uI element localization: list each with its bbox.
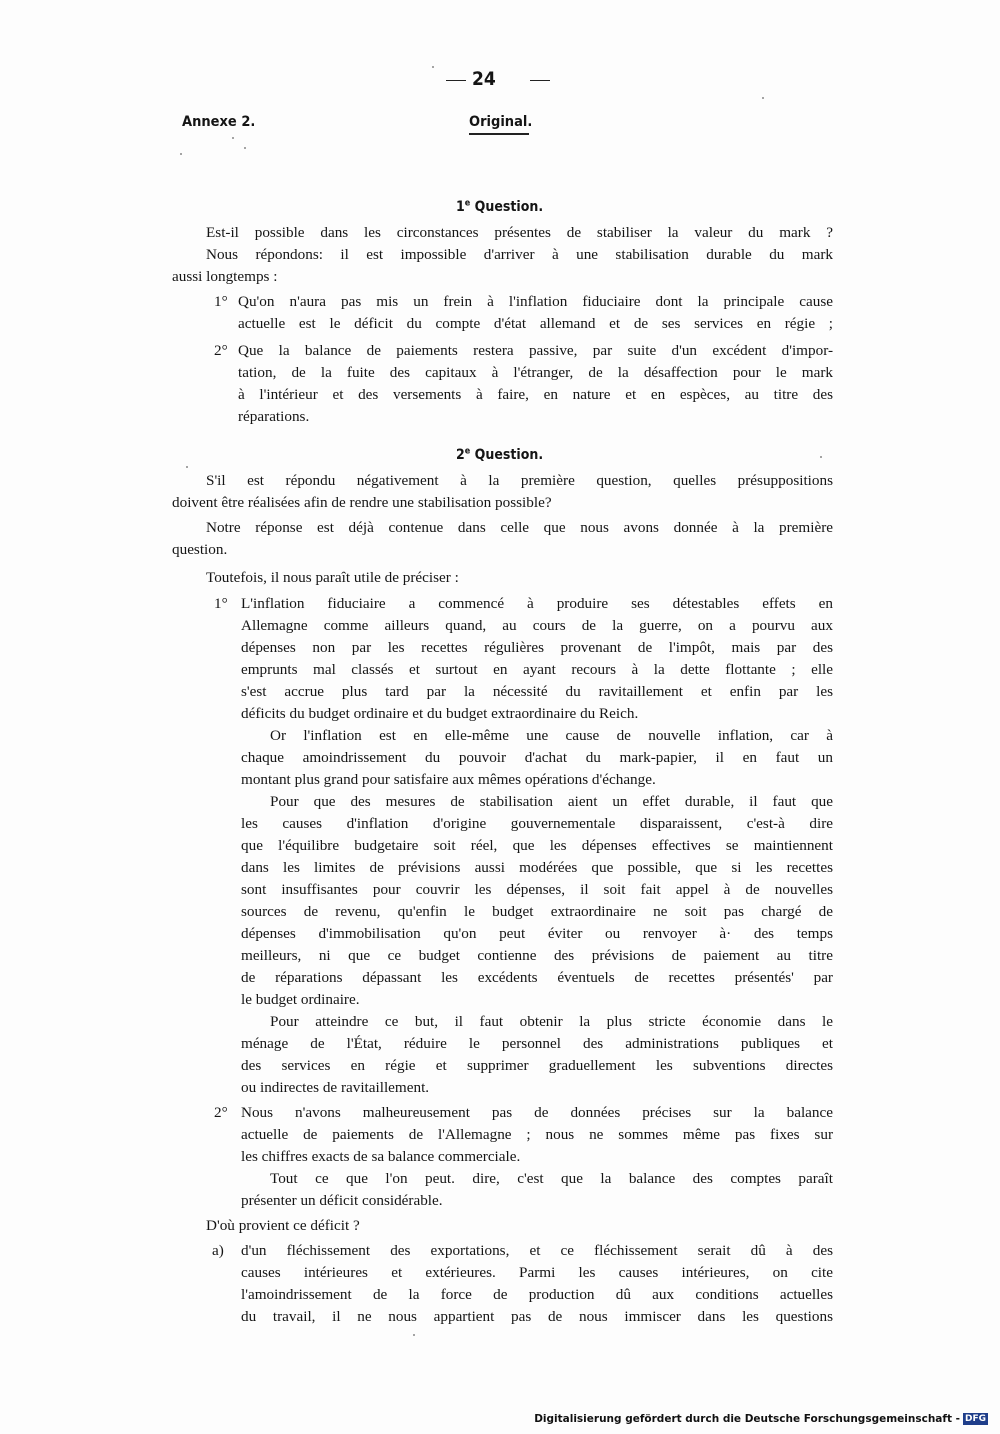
list-item-line: du travail, il ne nous appartient pas de…: [241, 1306, 833, 1328]
list-item-line: Or l'inflation est en elle-même une caus…: [270, 725, 833, 747]
list-item-line: à l'intérieur et des versements à faire,…: [238, 384, 833, 406]
scanned-page: 24 Annexe 2. Original. 1e Question. Est-…: [0, 0, 1000, 1434]
scan-speck: [232, 137, 234, 139]
list-item-line: chaque amoindrissement du pouvoir d'acha…: [241, 747, 833, 769]
list-item-line: sources de revenu, qu'enfin le budget ex…: [241, 901, 833, 923]
list-marker: a): [212, 1240, 224, 1262]
list-item-line: Pour que des mesures de stabilisation ai…: [270, 791, 833, 813]
page-number-dash-left: [446, 80, 466, 81]
scan-speck: [820, 456, 822, 458]
list-marker: 2°: [214, 1102, 228, 1124]
list-item-line: sont insuffisantes pour couvrir les dépe…: [241, 879, 833, 901]
list-item-line: ménage de l'État, réduire le personnel d…: [241, 1033, 833, 1055]
list-item-line: déficits du budget ordinaire et du budge…: [241, 703, 638, 725]
list-item-line: actuelle est le déficit du compte d'état…: [238, 313, 833, 335]
question-1-heading: 1e Question.: [456, 199, 543, 215]
list-item-line: actuelle de paiements de l'Allemagne ; n…: [241, 1124, 833, 1146]
annexe-label: Annexe 2.: [182, 114, 255, 130]
list-item-line: l'amoindrissement de la force de product…: [241, 1284, 833, 1306]
paragraph-line: Est-il possible dans les circonstances p…: [206, 222, 833, 244]
list-item-line: les causes d'inflation d'origine gouvern…: [241, 813, 833, 835]
scan-speck: [432, 66, 434, 68]
list-item-line: tation, de la fuite des capitaux à l'étr…: [238, 362, 833, 384]
digitization-footer: Digitalisierung gefördert durch die Deut…: [534, 1413, 988, 1425]
list-item-line: le budget ordinaire.: [241, 989, 360, 1011]
page-number-dash-right: [530, 80, 550, 81]
list-item-line: présenter un déficit considérable.: [241, 1190, 443, 1212]
paragraph-line: question.: [172, 539, 227, 561]
paragraph-line: Notre réponse est déjà contenue dans cel…: [206, 517, 833, 539]
dfg-logo: DFG: [963, 1413, 988, 1425]
list-item-line: dépenses non par les recettes régulières…: [241, 637, 833, 659]
list-item-line: Qu'on n'aura pas mis un frein à l'inflat…: [238, 291, 833, 313]
list-item-line: montant plus grand pour satisfaire aux m…: [241, 769, 656, 791]
original-label: Original.: [469, 114, 532, 130]
list-item-line: s'est accrue plus tard par la nécessité …: [241, 681, 833, 703]
list-item-line: Nous n'avons malheureusement pas de donn…: [241, 1102, 833, 1124]
list-item-line: Que la balance de paiements restera pass…: [238, 340, 833, 362]
list-item-line: Tout ce que l'on peut. dire, c'est que l…: [270, 1168, 833, 1190]
list-item-line: ou indirectes de ravitaillement.: [241, 1077, 429, 1099]
paragraph-line: doivent être réalisées afin de rendre un…: [172, 492, 552, 514]
list-item-line: d'un fléchissement des exportations, et …: [241, 1240, 833, 1262]
scan-speck: [244, 147, 246, 149]
list-item-line: dépenses d'immobilisation qu'on peut évi…: [241, 923, 833, 945]
list-item-line: meilleurs, ni que ce budget contienne de…: [241, 945, 833, 967]
list-item-line: Allemagne comme ailleurs quand, au cours…: [241, 615, 833, 637]
scan-speck: [413, 1334, 415, 1336]
list-marker: 2°: [214, 340, 228, 362]
page-number: 24: [472, 68, 496, 90]
list-item-line: des services en régie et supprimer gradu…: [241, 1055, 833, 1077]
footer-text: Digitalisierung gefördert durch die Deut…: [534, 1413, 960, 1425]
list-marker: 1°: [214, 291, 228, 313]
paragraph-line: Toutefois, il nous paraît utile de préci…: [206, 567, 459, 589]
list-item-line: L'inflation fiduciaire a commencé à prod…: [241, 593, 833, 615]
paragraph-line: D'où provient ce déficit ?: [206, 1215, 360, 1237]
paragraph-line: Nous répondons: il est impossible d'arri…: [206, 244, 833, 266]
original-underline: [469, 133, 529, 135]
paragraph-line: aussi longtemps :: [172, 266, 277, 288]
paragraph-line: S'il est répondu négativement à la premi…: [206, 470, 833, 492]
list-item-line: emprunts mal classés et surtout en ayant…: [241, 659, 833, 681]
scan-speck: [762, 97, 764, 99]
list-item-line: que l'équilibre budgetaire soit réel, qu…: [241, 835, 833, 857]
list-item-line: dans les limites de prévisions aussi mod…: [241, 857, 833, 879]
list-item-line: de réparations dépassant les excédents é…: [241, 967, 833, 989]
list-marker: 1°: [214, 593, 228, 615]
question-2-heading: 2e Question.: [456, 447, 543, 463]
list-item-line: les chiffres exacts de sa balance commer…: [241, 1146, 520, 1168]
list-item-line: réparations.: [238, 406, 309, 428]
scan-speck: [180, 153, 182, 155]
scan-speck: [186, 466, 188, 468]
list-item-line: Pour atteindre ce but, il faut obtenir l…: [270, 1011, 833, 1033]
list-item-line: causes intérieures et extérieures. Parmi…: [241, 1262, 833, 1284]
